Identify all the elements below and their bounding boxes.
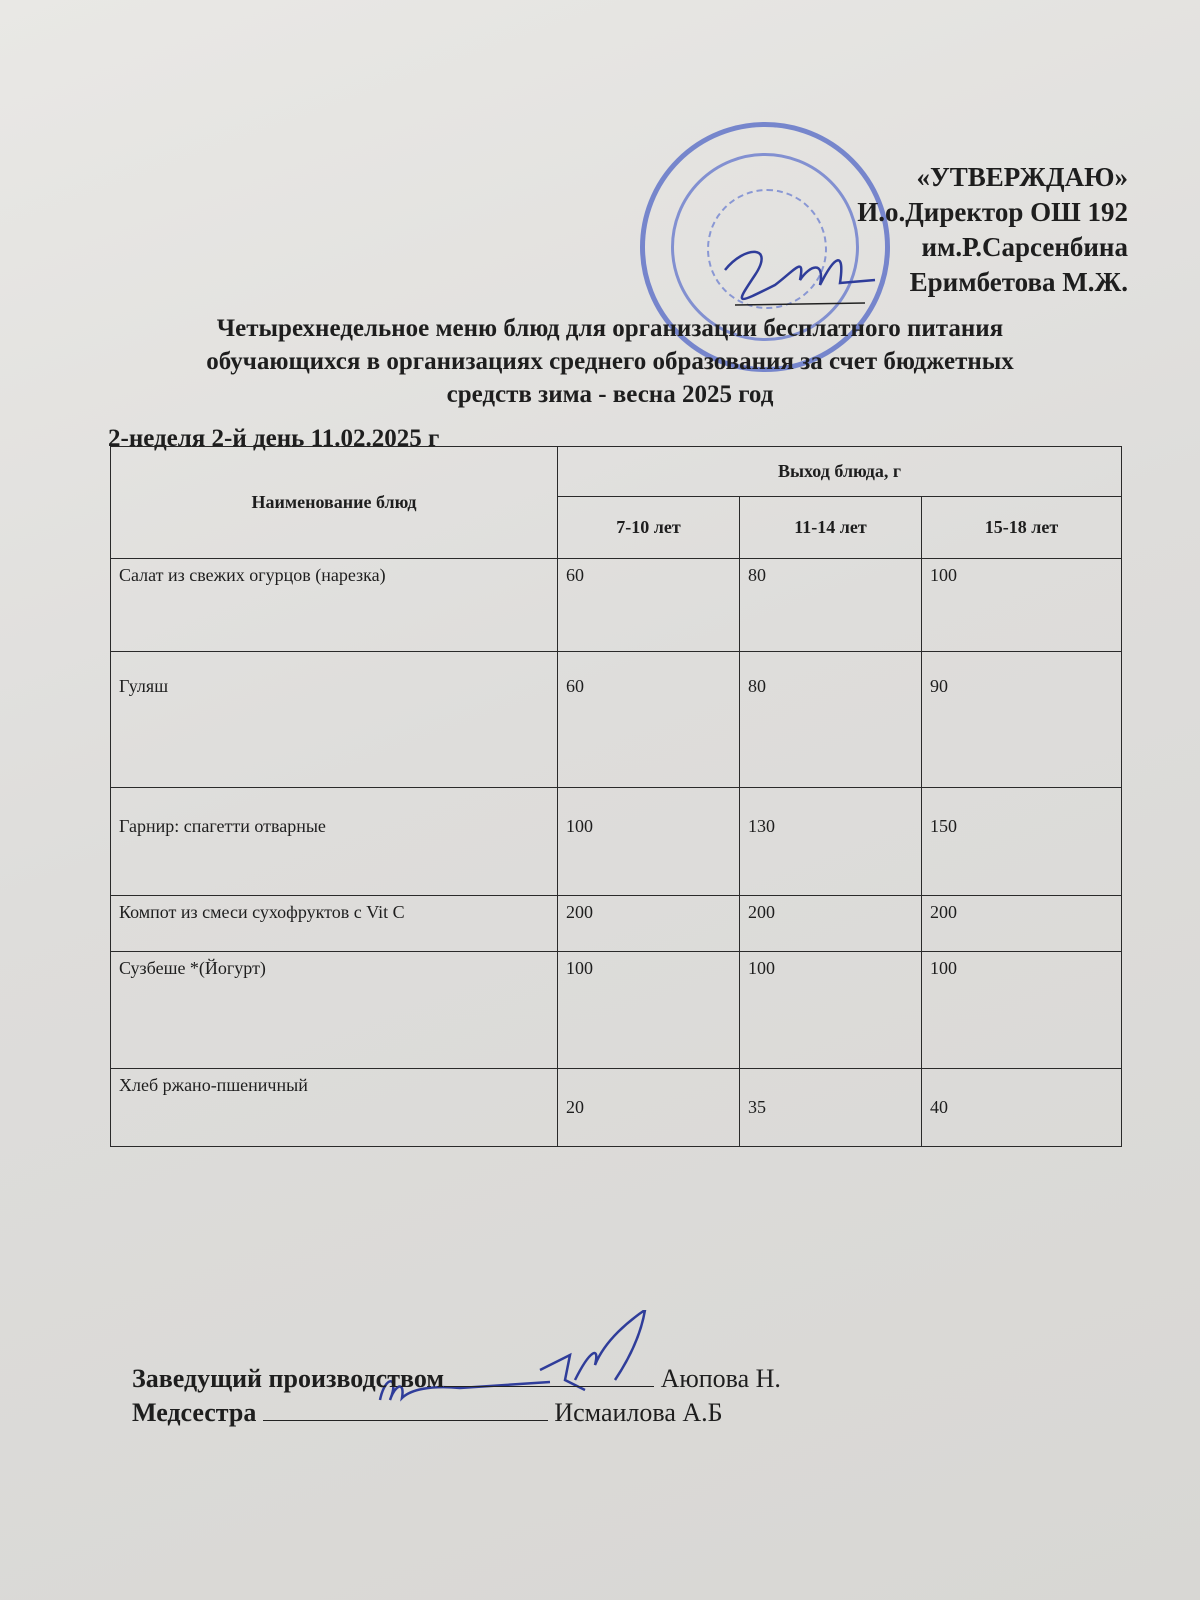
- signatures-block: Заведущий производством Аюпова Н. Медсес…: [132, 1362, 781, 1430]
- table-row: Салат из свежих огурцов (нарезка) 60 80 …: [111, 559, 1122, 652]
- table-row: Сузбеше *(Йогурт) 100 100 100: [111, 952, 1122, 1069]
- dish-name: Гуляш: [111, 652, 558, 788]
- portion-15-18: 200: [922, 896, 1122, 952]
- portion-7-10: 200: [558, 896, 740, 952]
- document-title: Четырехнедельное меню блюд для организац…: [110, 312, 1110, 411]
- portion-11-14: 80: [740, 652, 922, 788]
- dish-name: Салат из свежих огурцов (нарезка): [111, 559, 558, 652]
- header-dish-name: Наименование блюд: [111, 447, 558, 559]
- portion-11-14: 200: [740, 896, 922, 952]
- portion-11-14: 80: [740, 559, 922, 652]
- portion-7-10: 100: [558, 788, 740, 896]
- portion-7-10: 60: [558, 652, 740, 788]
- nurse-name: Исмаилова А.Б: [554, 1398, 722, 1427]
- approval-heading: «УТВЕРЖДАЮ»: [857, 160, 1128, 195]
- title-line-3: средств зима - весна 2025 год: [110, 378, 1110, 411]
- header-age-11-14: 11-14 лет: [740, 497, 922, 559]
- table-row: Хлеб ржано-пшеничный 20 35 40: [111, 1069, 1122, 1147]
- menu-table: Наименование блюд Выход блюда, г 7-10 ле…: [110, 446, 1122, 1147]
- approval-school: им.Р.Сарсенбина: [857, 230, 1128, 265]
- portion-11-14: 35: [740, 1069, 922, 1147]
- header-age-7-10: 7-10 лет: [558, 497, 740, 559]
- portion-7-10: 60: [558, 559, 740, 652]
- header-output: Выход блюда, г: [558, 447, 1122, 497]
- portion-7-10: 100: [558, 952, 740, 1069]
- portion-15-18: 40: [922, 1069, 1122, 1147]
- dish-name: Сузбеше *(Йогурт): [111, 952, 558, 1069]
- production-manager-name: Аюпова Н.: [661, 1364, 781, 1393]
- dish-name: Хлеб ржано-пшеничный: [111, 1069, 558, 1147]
- portion-15-18: 100: [922, 559, 1122, 652]
- dish-name: Компот из смеси сухофруктов с Vit C: [111, 896, 558, 952]
- table-row: Гарнир: спагетти отварные 100 130 150: [111, 788, 1122, 896]
- nurse-signature-line: Медсестра Исмаилова А.Б: [132, 1396, 781, 1430]
- portion-11-14: 130: [740, 788, 922, 896]
- portion-11-14: 100: [740, 952, 922, 1069]
- production-manager-signature-line: Заведущий производством Аюпова Н.: [132, 1362, 781, 1396]
- title-line-2: обучающихся в организациях среднего обра…: [110, 345, 1110, 378]
- table-row: Компот из смеси сухофруктов с Vit C 200 …: [111, 896, 1122, 952]
- portion-15-18: 150: [922, 788, 1122, 896]
- title-line-1: Четырехнедельное меню блюд для организац…: [110, 312, 1110, 345]
- table-row: Гуляш 60 80 90: [111, 652, 1122, 788]
- approval-director-name: Еримбетова М.Ж.: [857, 265, 1128, 300]
- header-age-15-18: 15-18 лет: [922, 497, 1122, 559]
- portion-15-18: 100: [922, 952, 1122, 1069]
- portion-7-10: 20: [558, 1069, 740, 1147]
- dish-name: Гарнир: спагетти отварные: [111, 788, 558, 896]
- portion-15-18: 90: [922, 652, 1122, 788]
- production-manager-label: Заведущий производством: [132, 1364, 444, 1393]
- approval-block: «УТВЕРЖДАЮ» И.о.Директор ОШ 192 им.Р.Сар…: [857, 160, 1128, 300]
- approval-position: И.о.Директор ОШ 192: [857, 195, 1128, 230]
- nurse-label: Медсестра: [132, 1398, 256, 1427]
